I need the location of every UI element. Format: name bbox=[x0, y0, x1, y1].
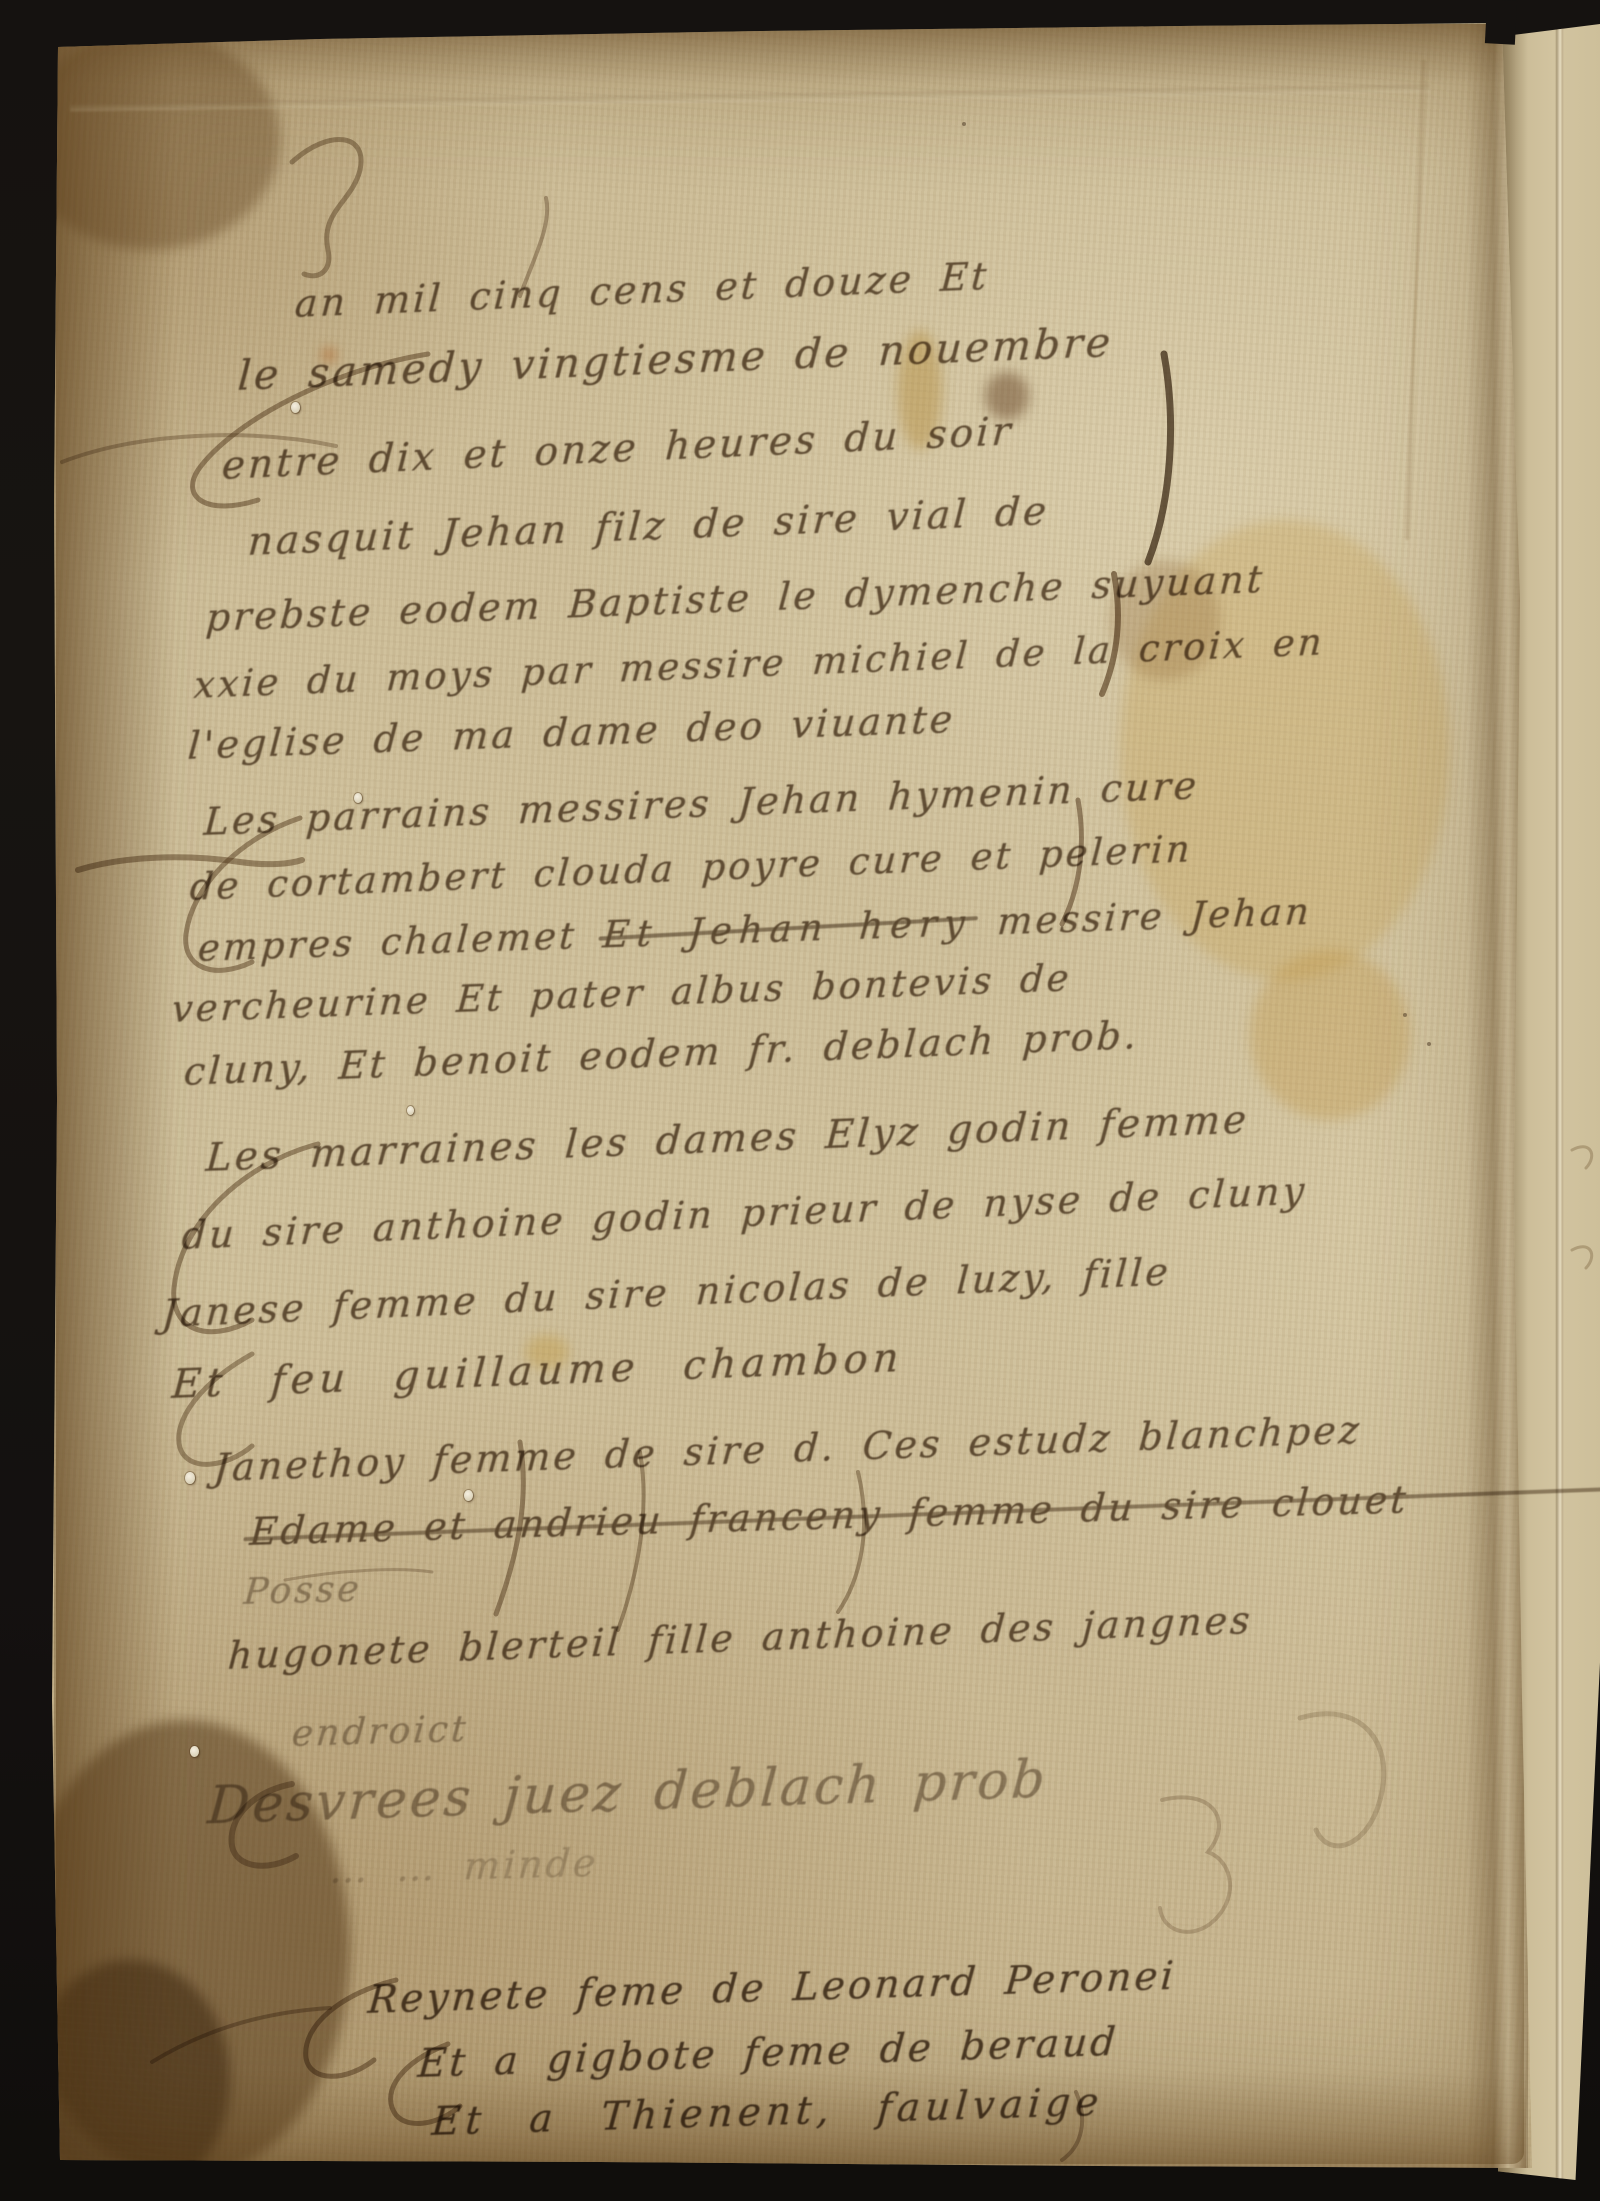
worm-hole bbox=[407, 1106, 414, 1115]
manuscript-line-19: Posse bbox=[242, 1569, 363, 1613]
photographed-manuscript: an mil cinq cens et douze Et le samedy v… bbox=[0, 0, 1600, 2201]
manuscript-line-23: … … minde bbox=[328, 1841, 600, 1892]
worm-hole bbox=[354, 793, 362, 803]
manuscript-line-21: endroict bbox=[290, 1709, 470, 1755]
worm-hole bbox=[291, 402, 300, 413]
next-folio-crease-highlight bbox=[1556, 24, 1563, 2180]
bottom-left-dark-stain bbox=[30, 1960, 230, 2200]
top-left-corner-stain bbox=[20, 30, 280, 250]
backdrop-notch bbox=[1485, 0, 1517, 45]
ink-speck bbox=[1427, 1042, 1431, 1046]
diagonal-crease bbox=[1406, 60, 1426, 540]
worm-hole bbox=[190, 1746, 199, 1757]
yellow-stain-small bbox=[1250, 950, 1410, 1120]
ink-speck bbox=[1403, 1013, 1407, 1017]
horizontal-crease bbox=[70, 85, 1430, 112]
worm-hole bbox=[464, 1490, 473, 1501]
ink-speck bbox=[962, 122, 966, 126]
left-edge-browning bbox=[56, 40, 176, 2162]
worm-hole bbox=[185, 1472, 195, 1484]
